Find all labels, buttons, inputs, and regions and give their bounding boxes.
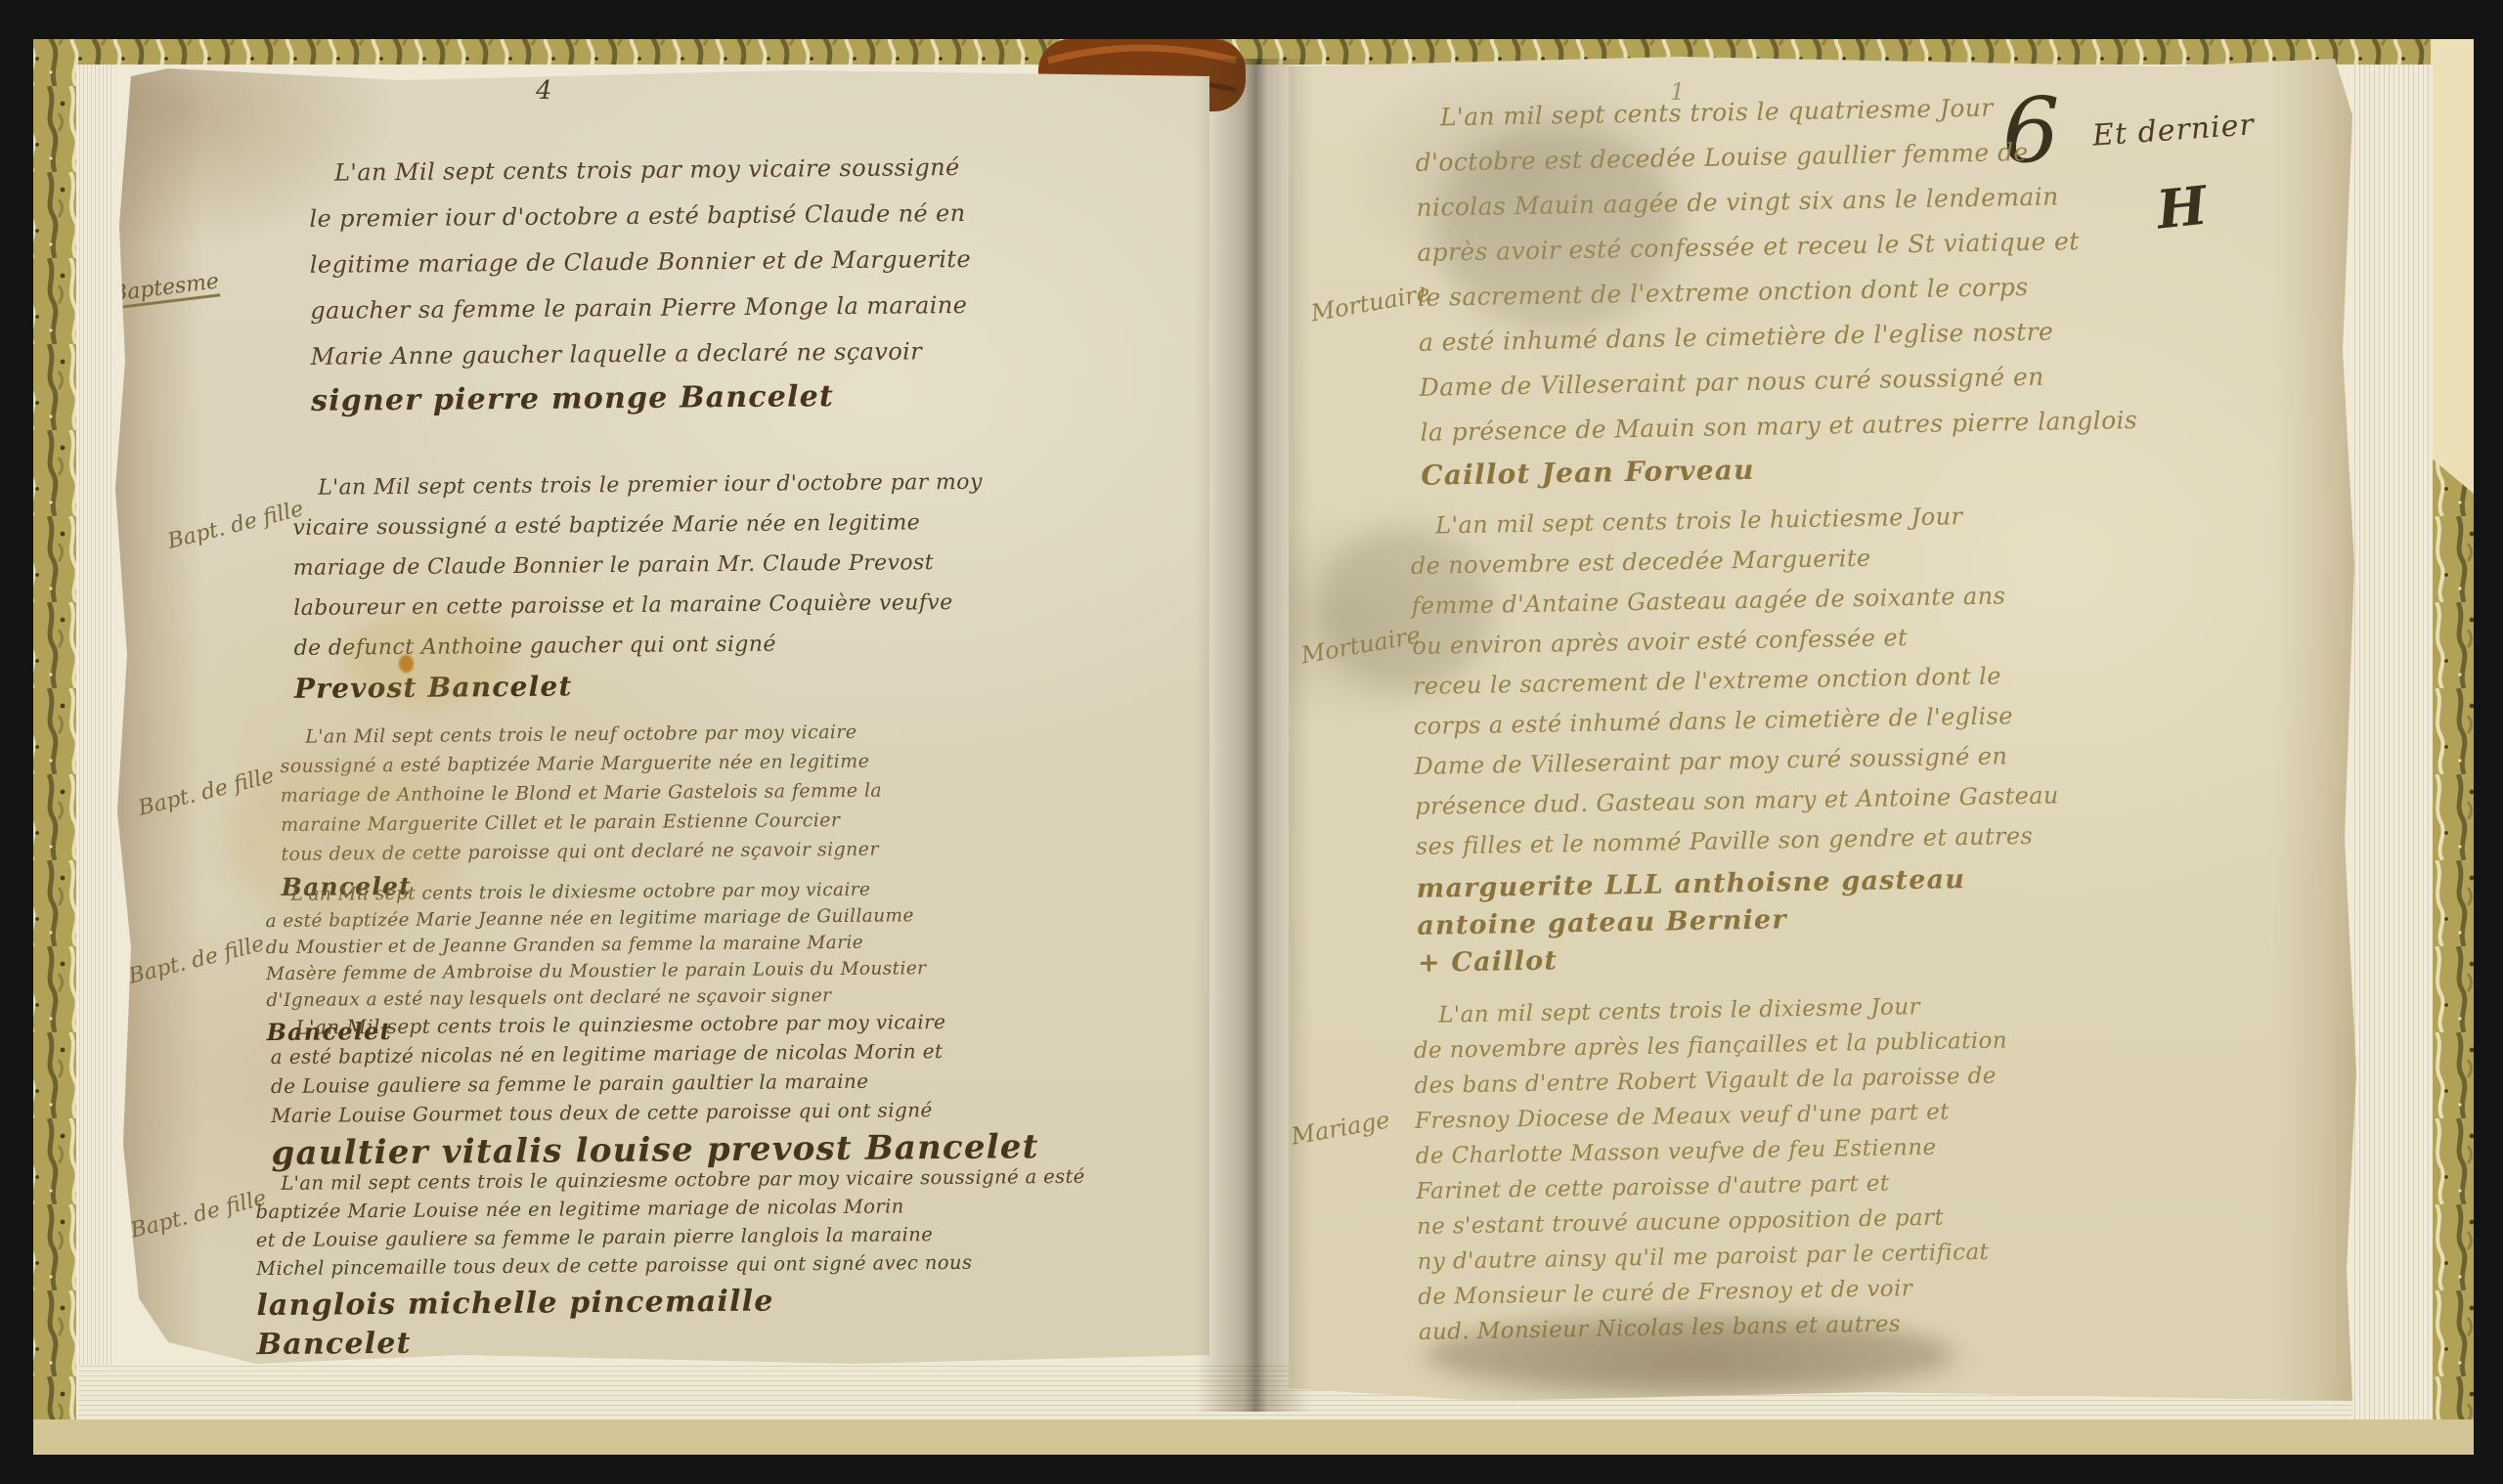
photo-open-parish-register: 4 Baptesme Bapt. de fille Bapt. de fille… — [0, 0, 2503, 1484]
margin-note-burial-1: Mortuaire — [1309, 280, 1432, 327]
page-stack-edge-right — [2350, 65, 2433, 1419]
cover-bottom-edge — [33, 1419, 2474, 1455]
stain — [1318, 526, 1494, 692]
stain — [344, 611, 510, 704]
book-gutter-shadow — [1195, 59, 1312, 1412]
margin-note-baptism-6: Bapt. de fille — [128, 1186, 269, 1244]
baptism-entry-claude: L'an Mil sept cents trois par moy vicair… — [309, 143, 1171, 418]
page-number: 4 — [536, 76, 552, 106]
right-page: 1 6 Et dernier H Mortuaire Mortuaire Mar… — [1289, 57, 2356, 1401]
margin-note-baptism-1: Baptesme — [110, 269, 221, 309]
page-stack-edge-left — [76, 65, 111, 1416]
signatures: marguerite LLL anthoisne gasteau antoine… — [1416, 855, 2307, 982]
left-page: 4 Baptesme Bapt. de fille Bapt. de fille… — [110, 68, 1209, 1364]
margin-note-baptism-2: Bapt. de fille — [165, 497, 306, 554]
signatures: langlois michelle pincemaille Bancelet — [256, 1279, 1186, 1365]
smudge — [1426, 1318, 1954, 1391]
baptism-entry-marie-louise: L'an mil sept cents trois le quinziesme … — [255, 1161, 1186, 1365]
burial-entry-marguerite-gasteau: L'an mil sept cents trois le huictiesme … — [1410, 491, 2307, 982]
marriage-banns-entry-vigault-masson: L'an mil sept cents trois le dixiesme Jo… — [1413, 982, 2318, 1350]
baptism-entry-nicolas: L'an Mil sept cents trois le quinziesme … — [270, 1005, 1180, 1173]
vellum-corner — [2431, 39, 2474, 494]
margin-note-baptism-4: Bapt. de fille — [126, 932, 267, 989]
signatures: signer pierre monge Bancelet — [311, 376, 1171, 418]
ink-blot — [399, 655, 414, 673]
stain — [1435, 125, 1680, 330]
